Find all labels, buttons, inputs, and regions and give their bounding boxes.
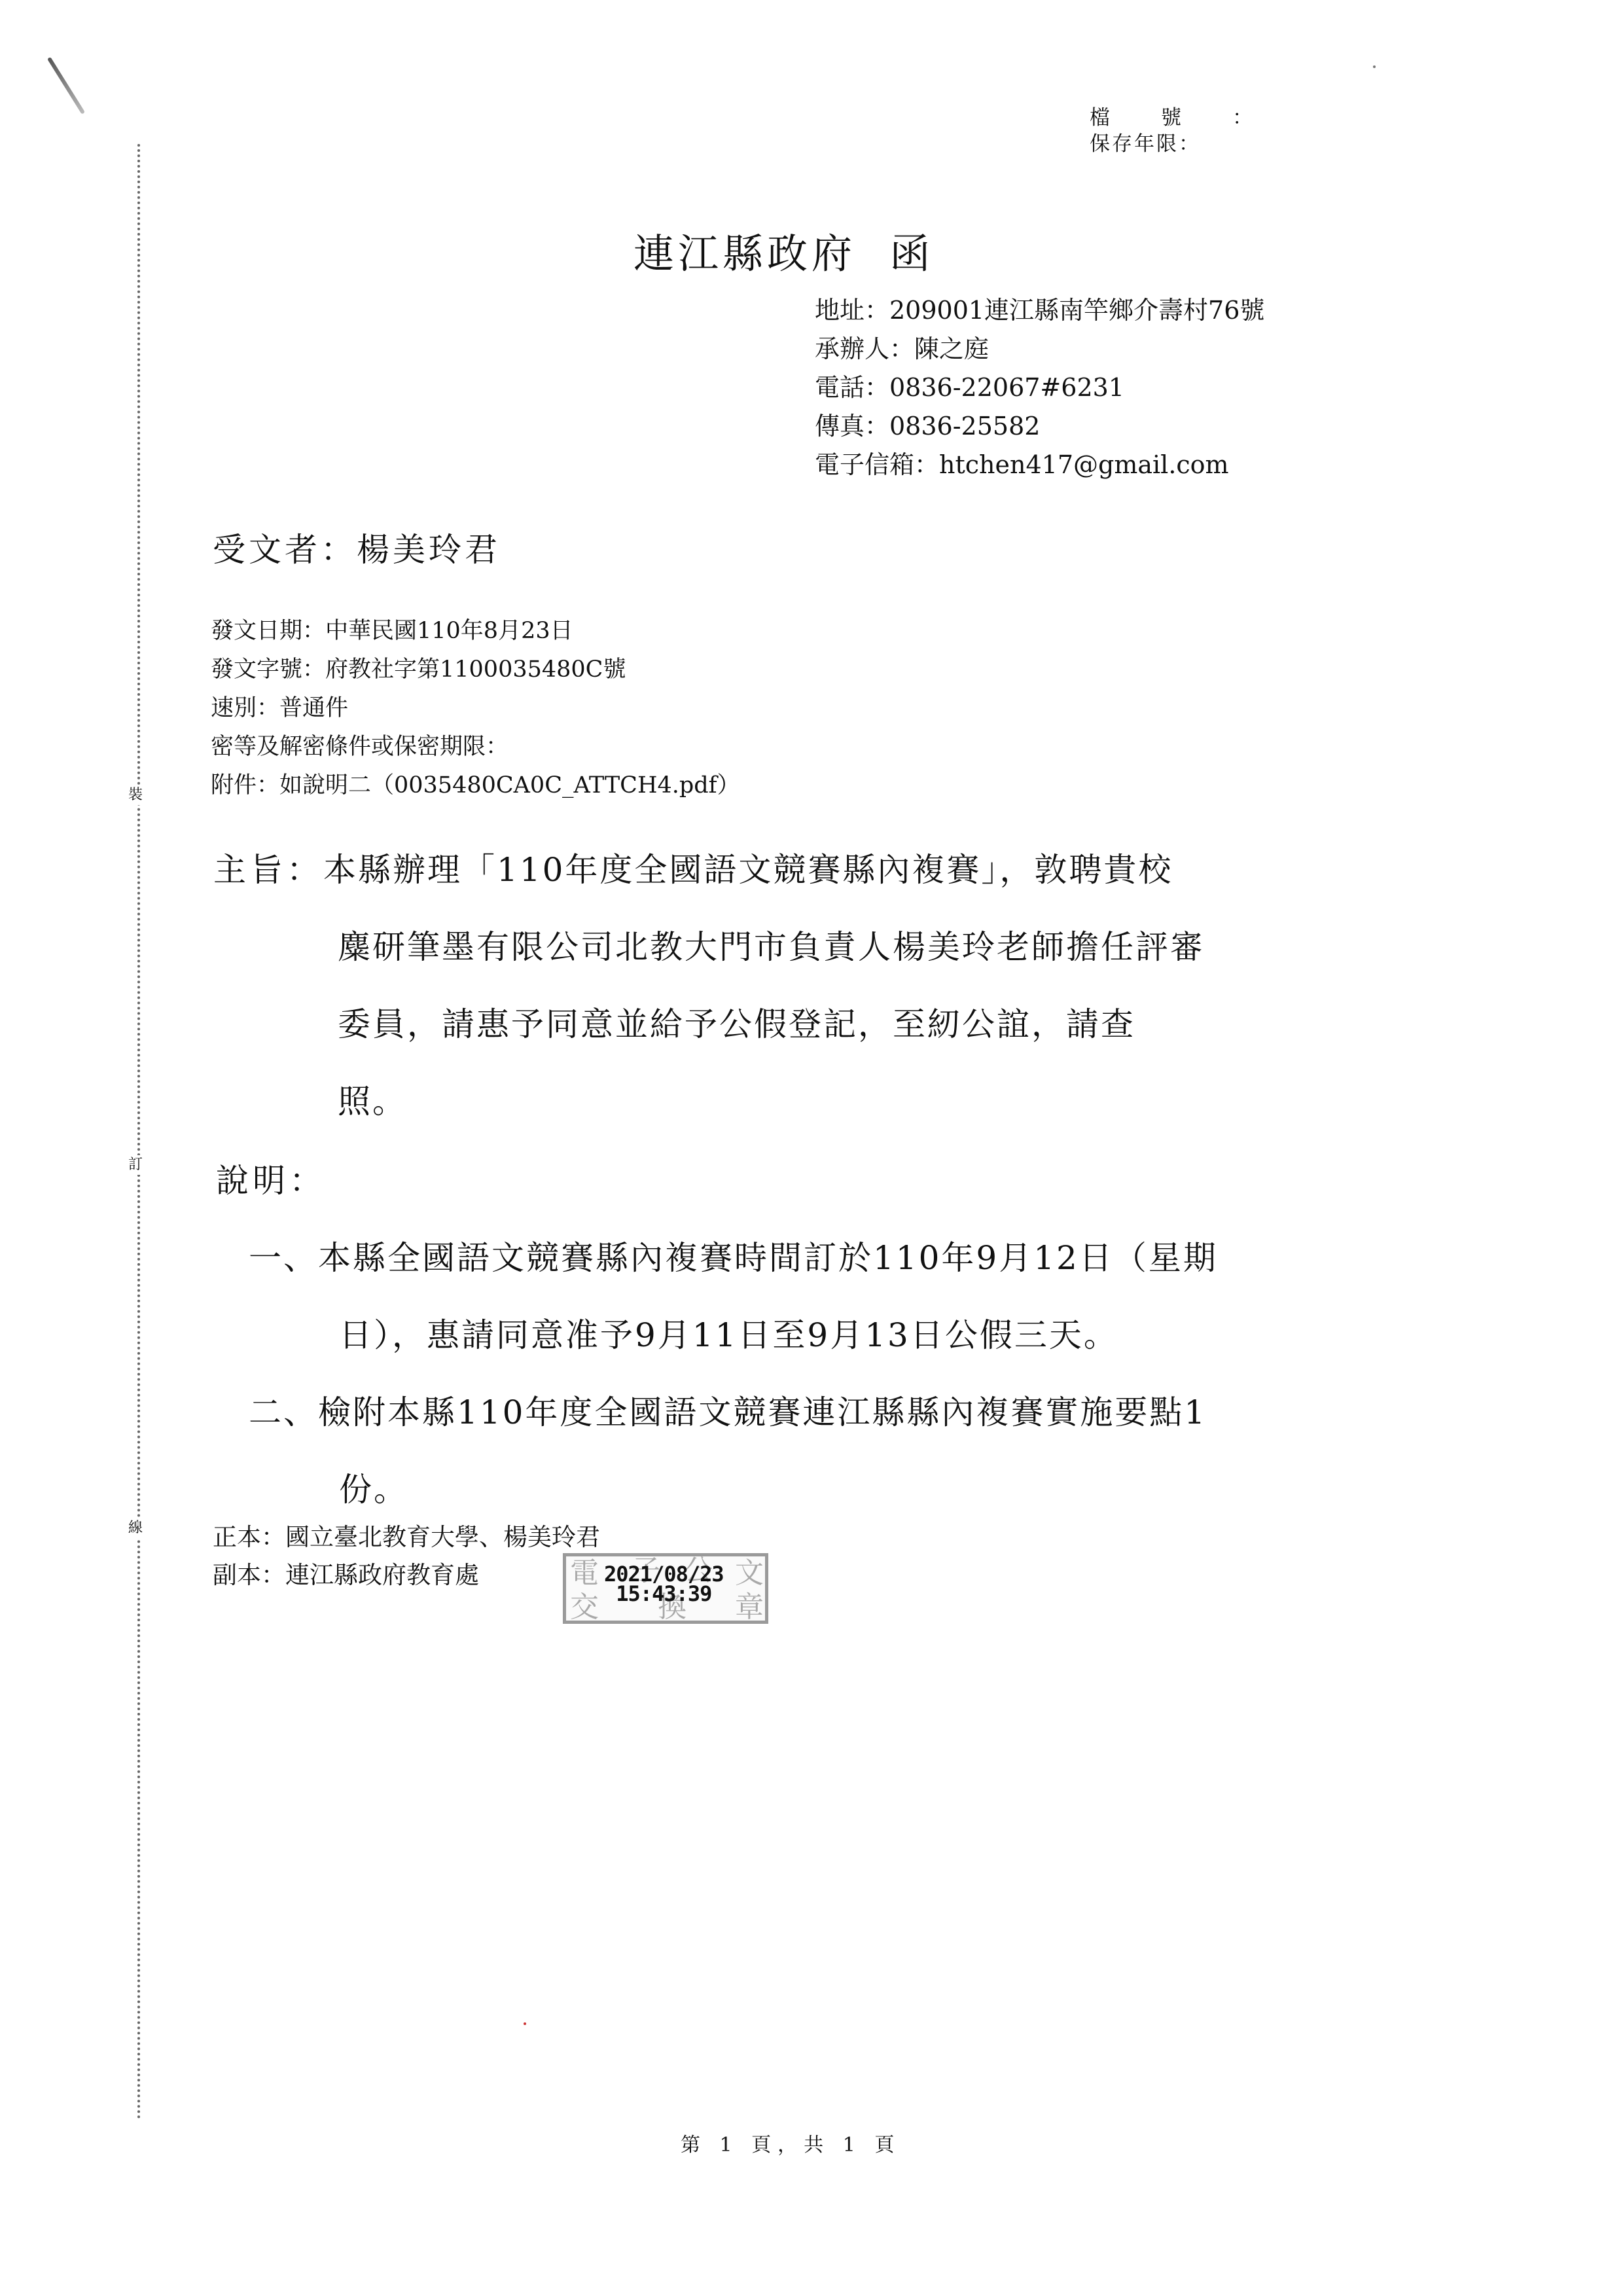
contact-phone: 電話：0836-22067#6231 xyxy=(815,368,1264,407)
meta-block: 發文日期：中華民國110年8月23日 發文字號：府教社字第1100035480C… xyxy=(211,612,740,805)
subject-line-4: 照。 xyxy=(213,1063,1404,1140)
document-number: 發文字號：府教社字第1100035480C號 xyxy=(211,651,740,689)
subject-line-1: 主旨：本縣辦理「110年度全國語文競賽縣內複賽」，敦聘貴校 xyxy=(213,831,1404,908)
subject-line-2: 麋研筆墨有限公司北教大門市負責人楊美玲老師擔任評審 xyxy=(213,908,1404,986)
item-2-line-2: 份。 xyxy=(216,1451,1407,1528)
stamp-char: 文 xyxy=(735,1559,764,1588)
page-footer: 第 1 頁，共 1 頁 xyxy=(681,2128,901,2157)
explanation-label: 說明： xyxy=(216,1142,1407,1219)
stamp-char: 電 xyxy=(570,1559,599,1588)
issue-date: 發文日期：中華民國110年8月23日 xyxy=(211,612,740,651)
distribution-original: 正本：國立臺北教育大學、楊美玲君 xyxy=(213,1518,600,1556)
stamp-timestamp: 2021/08/23 15:43:39 xyxy=(604,1564,724,1604)
explanation-item-2: 二、檢附本縣110年度全國語文競賽連江縣縣內複賽實施要點1 xyxy=(216,1374,1407,1451)
attachment: 附件：如說明二（0035480CA0C_ATTCH4.pdf） xyxy=(211,766,740,805)
item-1-number: 一、 xyxy=(249,1239,318,1277)
explanation-item-1: 一、本縣全國語文競賽縣內複賽時間訂於110年9月12日（星期 xyxy=(216,1219,1407,1297)
file-info-block: 檔號： 保存年限： xyxy=(1090,105,1304,157)
contact-block: 地址：209001連江縣南竿鄉介壽村76號 承辦人：陳之庭 電話：0836-22… xyxy=(815,291,1264,484)
contact-handler: 承辦人：陳之庭 xyxy=(815,330,1264,368)
subject-section: 主旨：本縣辦理「110年度全國語文競賽縣內複賽」，敦聘貴校 麋研筆墨有限公司北教… xyxy=(213,831,1404,1140)
retention-row: 保存年限： xyxy=(1090,131,1304,157)
recipient: 受文者：楊美玲君 xyxy=(213,524,501,571)
stamp-char: 交 xyxy=(570,1593,599,1622)
contact-email: 電子信箱：htchen417@gmail.com xyxy=(815,446,1264,484)
item-2-line-1: 檢附本縣110年度全國語文競賽連江縣縣內複賽實施要點1 xyxy=(318,1393,1207,1431)
distribution-block: 正本：國立臺北教育大學、楊美玲君 副本：連江縣政府教育處 xyxy=(213,1518,600,1594)
file-number-row: 檔號： xyxy=(1090,105,1304,131)
binding-mark-xian: 線 xyxy=(128,1518,143,1538)
item-2-number: 二、 xyxy=(249,1393,318,1431)
subject-text-1: 本縣辦理「110年度全國語文競賽縣內複賽」，敦聘貴校 xyxy=(323,851,1173,889)
binding-mark-zhuang: 裝 xyxy=(128,785,143,805)
item-1-line-1: 本縣全國語文競賽縣內複賽時間訂於110年9月12日（星期 xyxy=(318,1239,1218,1277)
binding-mark-ding: 訂 xyxy=(128,1155,143,1175)
document-title: 連江縣政府 函 xyxy=(633,221,934,279)
classification: 密等及解密條件或保密期限： xyxy=(211,728,740,766)
distribution-copy: 副本：連江縣政府教育處 xyxy=(213,1556,600,1594)
subject-label: 主旨： xyxy=(213,831,323,908)
scan-stroke-mark xyxy=(47,57,85,115)
urgency: 速別：普通件 xyxy=(211,689,740,728)
scan-speck xyxy=(1373,65,1376,68)
binding-dotted-line xyxy=(137,144,140,2121)
explanation-section: 說明： 一、本縣全國語文競賽縣內複賽時間訂於110年9月12日（星期 日），惠請… xyxy=(216,1142,1407,1528)
file-number-label: 檔號： xyxy=(1090,105,1304,131)
contact-fax: 傳真：0836-25582 xyxy=(815,407,1264,446)
item-1-line-2: 日），惠請同意准予9月11日至9月13日公假三天。 xyxy=(216,1297,1407,1374)
scan-speck xyxy=(524,2022,526,2025)
stamp-char: 章 xyxy=(735,1593,764,1622)
e-document-exchange-stamp: 電 子 公 文 交 換 章 2021/08/23 15:43:39 xyxy=(563,1553,768,1624)
stamp-time: 15:43:39 xyxy=(604,1584,724,1604)
subject-line-3: 委員，請惠予同意並給予公假登記，至紉公誼，請查 xyxy=(213,986,1404,1063)
contact-address: 地址：209001連江縣南竿鄉介壽村76號 xyxy=(815,291,1264,330)
retention-label: 保存年限： xyxy=(1090,131,1201,157)
